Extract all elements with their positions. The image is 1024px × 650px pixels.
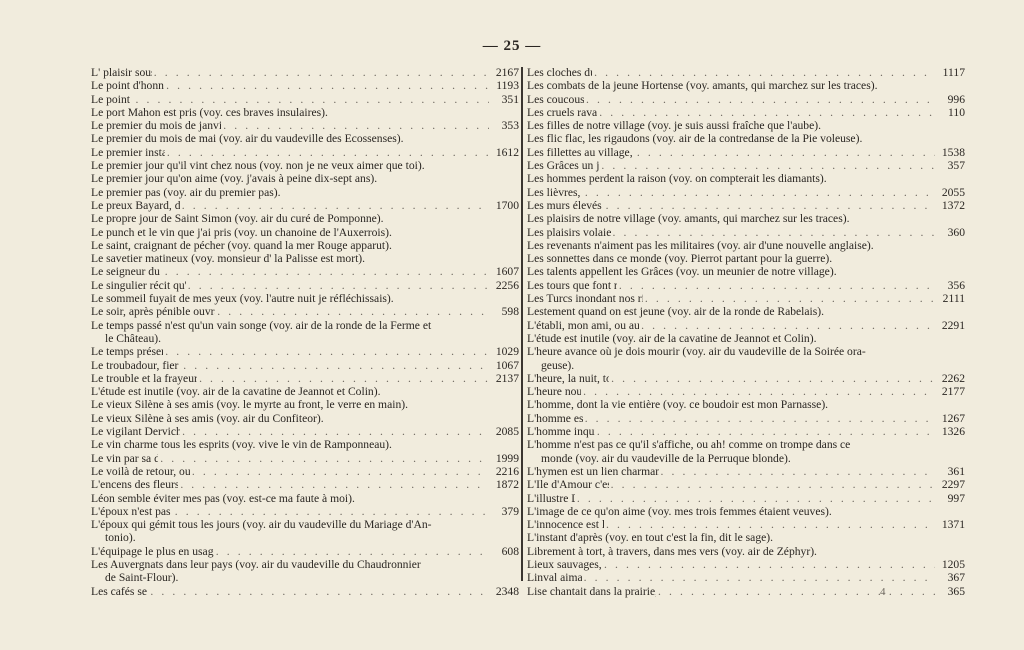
entry-number: 379: [489, 505, 519, 518]
index-entry: Les Turcs inondant nos rivages (romance …: [527, 292, 965, 305]
index-entry: Les cloches du monastère1117: [527, 66, 965, 79]
dot-leader: [178, 478, 489, 491]
entry-title: Le propre jour de Saint Simon (voy. air …: [91, 212, 384, 225]
index-entry: Les tours que font messieurs les pages35…: [527, 279, 965, 292]
entry-title: Le vieux Silène à ses amis (voy. le myrt…: [91, 398, 408, 411]
entry-title: Les revenants n'aiment pas les militaire…: [527, 239, 874, 252]
entry-number: 1612: [489, 146, 519, 159]
dot-leader: [583, 412, 935, 425]
index-entry: Le savetier matineux (voy. monsieur d' l…: [91, 252, 519, 265]
entry-number: 2216: [489, 465, 519, 478]
entry-title: Le saint, craignant de pécher (voy. quan…: [91, 239, 392, 252]
entry-title: Le premier du mois de janvier, ou accomp…: [91, 119, 221, 132]
entry-title: Les Grâces un jour à Cythère: [527, 159, 599, 172]
dot-leader: [152, 66, 489, 79]
entry-title: Linval aimait Arsène: [527, 571, 582, 584]
index-entry: Le premier du mois de mai (voy. air du v…: [91, 132, 519, 145]
entry-title: Le vieux Silène à ses amis (voy. air du …: [91, 412, 324, 425]
entry-title: L' plaisir sous l'ombrage: [91, 66, 152, 79]
entry-title: L'encens des fleurs embaume cet asile: [91, 478, 178, 491]
index-entry: Les combats de la jeune Hortense (voy. a…: [527, 79, 965, 92]
entry-number: 367: [935, 571, 965, 584]
index-entry: Le punch et le vin que j'ai pris (voy. u…: [91, 226, 519, 239]
index-entry: Le premier jour qu'il vint chez nous (vo…: [91, 159, 519, 172]
index-entry: Le soir, après pénible ouvrage, ou fidèl…: [91, 305, 519, 318]
entry-title: L'équipage le plus en usage, ou une fill…: [91, 545, 214, 558]
entry-number: 1872: [489, 478, 519, 491]
index-entry: Lestement quand on est jeune (voy. air d…: [527, 305, 965, 318]
entry-title: L'innocence est le rêve heureux: [527, 518, 604, 531]
dot-leader: [609, 372, 935, 385]
entry-title: Le premier jour qu'il vint chez nous (vo…: [91, 159, 425, 172]
index-entry: Les cruels ravages du temps110: [527, 106, 965, 119]
entry-number: 2297: [935, 478, 965, 491]
index-entry: Lieux sauvages, tristes climats1205: [527, 558, 965, 571]
entry-title: Le savetier matineux (voy. monsieur d' l…: [91, 252, 365, 265]
dot-leader: [635, 146, 935, 159]
index-entry: Les murs élevés d'un vieux fort1372: [527, 199, 965, 212]
index-entry: Librement à tort, à travers, dans mes ve…: [527, 545, 965, 558]
dot-leader: [604, 518, 935, 531]
entry-number: 2085: [489, 425, 519, 438]
entry-number: 1538: [935, 146, 965, 159]
index-entry: Les filles de notre village (voy. je sui…: [527, 119, 965, 132]
index-entry: Linval aimait Arsène367: [527, 571, 965, 584]
entry-number: 1067: [489, 359, 519, 372]
entry-title: Les plaisirs de notre village (voy. aman…: [527, 212, 849, 225]
entry-title: L'instant d'après (voy. en tout c'est la…: [527, 531, 773, 544]
entry-title: L'époux qui gémit tous les jours (voy. a…: [91, 518, 432, 531]
index-entry: Le premier instant qu'à ma vue1612: [91, 146, 519, 159]
entry-number: 357: [935, 159, 965, 172]
index-entry: Les plaisirs de notre village (voy. aman…: [527, 212, 965, 225]
index-entry: L'instant d'après (voy. en tout c'est la…: [527, 531, 965, 544]
entry-number: 2111: [935, 292, 965, 305]
dot-leader: [190, 465, 489, 478]
dot-leader: [214, 545, 489, 558]
index-entry: Léon semble éviter mes pas (voy. est-ce …: [91, 492, 519, 505]
index-entry: L'innocence est le rêve heureux1371: [527, 518, 965, 531]
entry-title: Le premier jour qu'on aime (voy. j'avais…: [91, 172, 377, 185]
index-entry: Le vieux Silène à ses amis (voy. air du …: [91, 412, 519, 425]
index-entry: L'homme est honnête1267: [527, 412, 965, 425]
dot-leader: [584, 93, 935, 106]
entry-number: 2167: [489, 66, 519, 79]
index-entry: L'image de ce qu'on aime (voy. mes trois…: [527, 505, 965, 518]
entry-number: 2256: [489, 279, 519, 292]
entry-number: 2262: [935, 372, 965, 385]
entry-number: 996: [935, 93, 965, 106]
index-entry: Les talents appellent les Grâces (voy. u…: [527, 265, 965, 278]
dot-leader: [215, 305, 489, 318]
entry-title: L'image de ce qu'on aime (voy. mes trois…: [527, 505, 832, 518]
index-entry: Les flic flac, les rigaudons (voy. air d…: [527, 132, 965, 145]
dot-leader: [181, 359, 489, 372]
entry-title-continuation: tonio).: [91, 531, 519, 544]
index-entry: L'époux n'est pas longtemps atteint379: [91, 505, 519, 518]
index-column-right: Les cloches du monastère1117Les combats …: [527, 66, 965, 598]
dot-leader: [575, 492, 935, 505]
index-entry: L'heure, la nuit, tout m'est propice2262: [527, 372, 965, 385]
entry-title: Le singulier récit qu'ici je viens d'ent…: [91, 279, 186, 292]
dot-leader: [581, 385, 935, 398]
index-entry: Le point du jour351: [91, 93, 519, 106]
entry-title: Léon semble éviter mes pas (voy. est-ce …: [91, 492, 355, 505]
entry-number: 598: [489, 305, 519, 318]
entry-title: Les cruels ravages du temps: [527, 106, 597, 119]
index-entry: L'équipage le plus en usage, ou une fill…: [91, 545, 519, 558]
index-entry: Les sonnettes dans ce monde (voy. Pierro…: [527, 252, 965, 265]
entry-title: L'étude est inutile (voy. air de la cava…: [527, 332, 816, 345]
entry-title: Les tours que font messieurs les pages: [527, 279, 617, 292]
index-entry: Les plaisirs volaient sur mes traces360: [527, 226, 965, 239]
entry-title: Les plaisirs volaient sur mes traces: [527, 226, 611, 239]
entry-number: 110: [935, 106, 965, 119]
entry-number: 608: [489, 545, 519, 558]
signature-mark: 4: [880, 586, 886, 598]
dot-leader: [158, 452, 489, 465]
entry-title: Les murs élevés d'un vieux fort: [527, 199, 604, 212]
entry-title: Le preux Bayard, dans la lice guerrière: [91, 199, 180, 212]
index-entry: L'Ile d'Amour c'est un amour d'île2297: [527, 478, 965, 491]
index-entry: Le vigilant Derviche à la prière appelle…: [91, 425, 519, 438]
dot-leader: [180, 199, 489, 212]
dot-leader: [197, 372, 489, 385]
dot-leader: [164, 79, 489, 92]
dot-leader: [595, 425, 935, 438]
entry-title: L'Ile d'Amour c'est un amour d'île: [527, 478, 609, 491]
index-entry: L'heure nous appelle2177: [527, 385, 965, 398]
dot-leader: [163, 345, 489, 358]
entry-title: Librement à tort, à travers, dans mes ve…: [527, 545, 817, 558]
entry-number: 361: [935, 465, 965, 478]
index-column-left: L' plaisir sous l'ombrage2167Le point d'…: [91, 66, 519, 598]
entry-number: 351: [489, 93, 519, 106]
entry-title: L'époux n'est pas longtemps atteint: [91, 505, 173, 518]
entry-number: 1371: [935, 518, 965, 531]
entry-title: Lieux sauvages, tristes climats: [527, 558, 602, 571]
dot-leader: [592, 66, 935, 79]
dot-leader: [133, 93, 489, 106]
entry-title: Le seigneur du château voisin: [91, 265, 163, 278]
entry-title: L'heure avance où je dois mourir (voy. a…: [527, 345, 866, 358]
column-divider: [521, 67, 523, 581]
entry-number: 1029: [489, 345, 519, 358]
entry-number: 997: [935, 492, 965, 505]
index-entry: Les cafés se garnissent2348: [91, 585, 519, 598]
dot-leader: [180, 425, 489, 438]
entry-number: 1267: [935, 412, 965, 425]
dot-leader: [148, 585, 489, 598]
entry-title: Le sommeil fuyait de mes yeux (voy. l'au…: [91, 292, 394, 305]
entry-title: L'homme est honnête: [527, 412, 583, 425]
index-entry: L'illustre Diogène997: [527, 492, 965, 505]
entry-title: Lise chantait dans la prairie, ou la cha…: [527, 585, 656, 598]
entry-title-continuation: monde (voy. air du vaudeville de la Perr…: [527, 452, 965, 465]
entry-number: 1326: [935, 425, 965, 438]
entry-title: Le point d'honneur, le mariage: [91, 79, 164, 92]
entry-title: Le temps passé n'est qu'un vain songe (v…: [91, 319, 431, 332]
index-entry: Les Grâces un jour à Cythère357: [527, 159, 965, 172]
entry-title: Les hommes perdent la raison (voy. on co…: [527, 172, 827, 185]
index-entry: Les fillettes au village, ou vos maris e…: [527, 146, 965, 159]
dot-leader: [617, 279, 935, 292]
entry-title: Le vigilant Derviche à la prière appelle: [91, 425, 180, 438]
entry-number: 1372: [935, 199, 965, 212]
index-entry: Le sommeil fuyait de mes yeux (voy. l'au…: [91, 292, 519, 305]
entry-number: 2177: [935, 385, 965, 398]
index-entry: L' plaisir sous l'ombrage2167: [91, 66, 519, 79]
entry-title: Le vin charme tous les esprits (voy. viv…: [91, 438, 392, 451]
index-entry: Le vieux Silène à ses amis (voy. le myrt…: [91, 398, 519, 411]
entry-title: Lestement quand on est jeune (voy. air d…: [527, 305, 824, 318]
entry-title: Les combats de la jeune Hortense (voy. a…: [527, 79, 877, 92]
index-entry: Le port Mahon est pris (voy. ces braves …: [91, 106, 519, 119]
index-entry: Le troubadour, fier de son doux servage1…: [91, 359, 519, 372]
page-number: — 25 —: [0, 38, 1024, 55]
entry-title: Le temps présent est une fleur: [91, 345, 163, 358]
entry-title: Le soir, après pénible ouvrage, ou fidèl…: [91, 305, 215, 318]
index-entry: Lise chantait dans la prairie, ou la cha…: [527, 585, 965, 598]
index-entry: Les Auvergnats dans leur pays (voy. air …: [91, 558, 519, 585]
entry-title: L'homme n'est pas ce qu'il s'affiche, ou…: [527, 438, 850, 451]
dot-leader: [186, 279, 489, 292]
index-entry: Les lièvres, les lapins2055: [527, 186, 965, 199]
entry-number: 1205: [935, 558, 965, 571]
entry-number: 2137: [489, 372, 519, 385]
index-entry: Les coucous sont gras996: [527, 93, 965, 106]
entry-title: Les cafés se garnissent: [91, 585, 148, 598]
dot-leader: [165, 146, 489, 159]
entry-title: Les coucous sont gras: [527, 93, 584, 106]
index-entry: Le vin par sa douce chaleur1999: [91, 452, 519, 465]
dot-leader: [597, 106, 935, 119]
dot-leader: [656, 585, 935, 598]
entry-number: 1999: [489, 452, 519, 465]
entry-number: 1607: [489, 265, 519, 278]
index-entry: Les hommes perdent la raison (voy. on co…: [527, 172, 965, 185]
index-entry: Le point d'honneur, le mariage1193: [91, 79, 519, 92]
dot-leader: [163, 265, 489, 278]
entry-title: L'homme inquiet et défiant: [527, 425, 595, 438]
dot-leader: [583, 186, 935, 199]
entry-title: Les talents appellent les Grâces (voy. u…: [527, 265, 837, 278]
entry-number: 353: [489, 119, 519, 132]
entry-title: Les cloches du monastère: [527, 66, 592, 79]
entry-title: Le trouble et la frayeur dont mon âme es…: [91, 372, 197, 385]
entry-number: 2055: [935, 186, 965, 199]
index-entry: Le propre jour de Saint Simon (voy. air …: [91, 212, 519, 225]
dot-leader: [599, 159, 935, 172]
entry-number: 365: [935, 585, 965, 598]
index-entry: Le preux Bayard, dans la lice guerrière1…: [91, 199, 519, 212]
entry-title: Le point du jour: [91, 93, 133, 106]
entry-title: L'homme, dont la vie entière (voy. ce bo…: [527, 398, 828, 411]
entry-title: Le voilà de retour, ou c'est l'instant d…: [91, 465, 190, 478]
entry-title: Le premier pas (voy. air du premier pas)…: [91, 186, 281, 199]
entry-number: 2348: [489, 585, 519, 598]
entry-title: L'établi, mon ami, ou au sort pas moyen …: [527, 319, 639, 332]
entry-title: Le premier instant qu'à ma vue: [91, 146, 165, 159]
index-entry: L'époux qui gémit tous les jours (voy. a…: [91, 518, 519, 545]
dot-leader: [659, 465, 935, 478]
entry-title: Le premier du mois de mai (voy. air du v…: [91, 132, 404, 145]
index-entry: L'établi, mon ami, ou au sort pas moyen …: [527, 319, 965, 332]
entry-title: L'étude est inutile (voy. air de la cava…: [91, 385, 380, 398]
dot-leader: [643, 292, 935, 305]
entry-title: Le punch et le vin que j'ai pris (voy. u…: [91, 226, 392, 239]
index-entry: Les revenants n'aiment pas les militaire…: [527, 239, 965, 252]
dot-leader: [602, 558, 935, 571]
dot-leader: [582, 571, 935, 584]
index-entry: Le premier jour qu'on aime (voy. j'avais…: [91, 172, 519, 185]
entry-title: L'heure nous appelle: [527, 385, 581, 398]
entry-title: L'illustre Diogène: [527, 492, 575, 505]
entry-number: 356: [935, 279, 965, 292]
dot-leader: [604, 199, 935, 212]
index-entry: L'heure avance où je dois mourir (voy. a…: [527, 345, 965, 372]
index-entry: L'hymen est un lien charmant, ou air des…: [527, 465, 965, 478]
entry-title-continuation: geuse).: [527, 359, 965, 372]
index-entry: Le singulier récit qu'ici je viens d'ent…: [91, 279, 519, 292]
entry-title: Les fillettes au village, ou vos maris e…: [527, 146, 635, 159]
entry-number: 360: [935, 226, 965, 239]
dot-leader: [173, 505, 489, 518]
dot-leader: [639, 319, 935, 332]
entry-title: Les lièvres, les lapins: [527, 186, 583, 199]
entry-number: 1117: [935, 66, 965, 79]
index-entry: L'homme n'est pas ce qu'il s'affiche, ou…: [527, 438, 965, 465]
index-entry: Le vin charme tous les esprits (voy. viv…: [91, 438, 519, 451]
index-entry: L'homme, dont la vie entière (voy. ce bo…: [527, 398, 965, 411]
entry-title: Les sonnettes dans ce monde (voy. Pierro…: [527, 252, 832, 265]
index-entry: Le premier pas (voy. air du premier pas)…: [91, 186, 519, 199]
entry-title: Les filles de notre village (voy. je sui…: [527, 119, 821, 132]
entry-title: Le troubadour, fier de son doux servage: [91, 359, 181, 372]
index-entry: L'encens des fleurs embaume cet asile187…: [91, 478, 519, 491]
index-entry: L'homme inquiet et défiant1326: [527, 425, 965, 438]
entry-title: Les flic flac, les rigaudons (voy. air d…: [527, 132, 862, 145]
entry-number: 2291: [935, 319, 965, 332]
index-entry: Le temps présent est une fleur1029: [91, 345, 519, 358]
index-entry: Le voilà de retour, ou c'est l'instant d…: [91, 465, 519, 478]
entry-title-continuation: le Château).: [91, 332, 519, 345]
index-entry: Le premier du mois de janvier, ou accomp…: [91, 119, 519, 132]
entry-number: 1193: [489, 79, 519, 92]
entry-number: 1700: [489, 199, 519, 212]
entry-title-continuation: de Saint-Flour).: [91, 571, 519, 584]
entry-title: L'heure, la nuit, tout m'est propice: [527, 372, 609, 385]
index-entry: Le saint, craignant de pécher (voy. quan…: [91, 239, 519, 252]
entry-title: Les Turcs inondant nos rivages (romance …: [527, 292, 643, 305]
index-entry: Le trouble et la frayeur dont mon âme es…: [91, 372, 519, 385]
entry-title: Le port Mahon est pris (voy. ces braves …: [91, 106, 328, 119]
entry-title: Le vin par sa douce chaleur: [91, 452, 158, 465]
index-entry: Le seigneur du château voisin1607: [91, 265, 519, 278]
dot-leader: [609, 478, 935, 491]
index-entry: Le temps passé n'est qu'un vain songe (v…: [91, 319, 519, 346]
index-entry: L'étude est inutile (voy. air de la cava…: [91, 385, 519, 398]
dot-leader: [611, 226, 935, 239]
entry-title: L'hymen est un lien charmant, ou air des…: [527, 465, 659, 478]
index-entry: L'étude est inutile (voy. air de la cava…: [527, 332, 965, 345]
entry-title: Les Auvergnats dans leur pays (voy. air …: [91, 558, 421, 571]
dot-leader: [221, 119, 489, 132]
